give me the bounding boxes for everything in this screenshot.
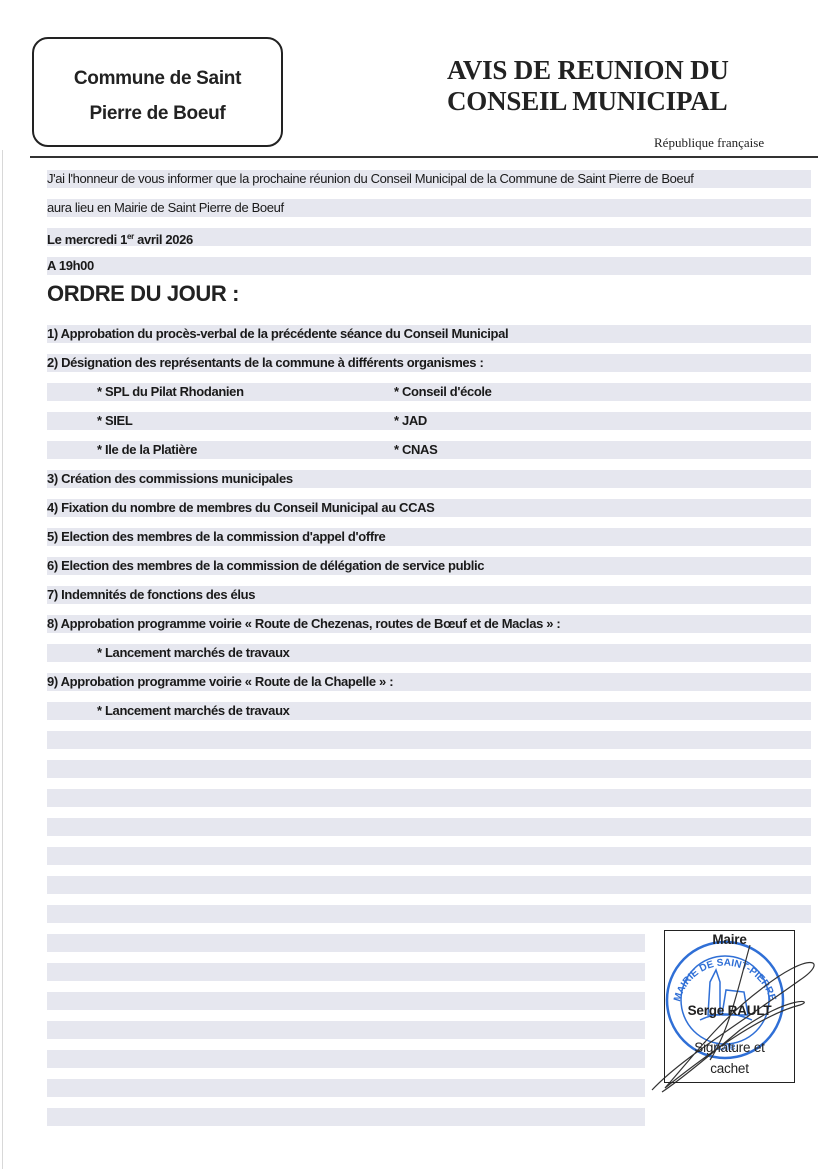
- agenda-item-9-sub: * Lancement marchés de travaux: [97, 702, 290, 720]
- meeting-date: Le mercredi 1er avril 2026: [47, 228, 193, 246]
- agenda-item-2: 2) Désignation des représentants de la c…: [47, 354, 483, 372]
- agenda-item-6: 6) Election des membres de la commission…: [47, 557, 484, 575]
- scan-edge: [2, 150, 3, 1169]
- intro-line-2: aura lieu en Mairie de Saint Pierre de B…: [47, 199, 284, 217]
- agenda-item-7: 7) Indemnités de fonctions des élus: [47, 586, 255, 604]
- agenda-item-5: 5) Election des membres de la commission…: [47, 528, 385, 546]
- signature-label-2: cachet: [664, 1061, 795, 1076]
- signature-role: Maire: [664, 932, 795, 947]
- title-line-2: CONSEIL MUNICIPAL: [447, 86, 729, 117]
- agenda-item-3: 3) Création des commissions municipales: [47, 470, 293, 488]
- stripe: [47, 789, 811, 807]
- agenda-heading: ORDRE DU JOUR :: [47, 281, 239, 307]
- stripe: [47, 1079, 645, 1097]
- org-item: * Ile de la Platière: [97, 441, 197, 459]
- commune-name: Commune de Saint Pierre de Boeuf: [34, 61, 281, 131]
- date-prefix: Le mercredi 1: [47, 232, 127, 247]
- org-item: * Conseil d'école: [394, 383, 492, 401]
- intro-line-1: J'ai l'honneur de vous informer que la p…: [47, 170, 694, 188]
- org-item: * CNAS: [394, 441, 437, 459]
- agenda-item-4: 4) Fixation du nombre de membres du Cons…: [47, 499, 434, 517]
- stripe: [47, 731, 811, 749]
- stripe: [47, 847, 811, 865]
- header-divider: [30, 156, 818, 158]
- title-line-1: AVIS DE REUNION DU: [447, 55, 729, 86]
- agenda-item-8-sub: * Lancement marchés de travaux: [97, 644, 290, 662]
- commune-box: Commune de Saint Pierre de Boeuf: [32, 37, 283, 147]
- org-item: * JAD: [394, 412, 427, 430]
- signature-label-1: Signature et: [664, 1040, 795, 1055]
- stripe: [47, 257, 811, 275]
- republique-label: République française: [654, 135, 764, 151]
- page-title: AVIS DE REUNION DU CONSEIL MUNICIPAL: [447, 55, 729, 117]
- stripe: [47, 934, 645, 952]
- agenda-item-8: 8) Approbation programme voirie « Route …: [47, 615, 560, 633]
- date-suffix: avril 2026: [134, 232, 193, 247]
- stripe: [47, 1050, 645, 1068]
- stripe: [47, 1021, 645, 1039]
- stripe: [47, 760, 811, 778]
- stripe: [47, 818, 811, 836]
- stripe: [47, 876, 811, 894]
- org-item: * SPL du Pilat Rhodanien: [97, 383, 244, 401]
- stripe: [47, 1108, 645, 1126]
- stripe: [47, 963, 645, 981]
- meeting-time: A 19h00: [47, 257, 94, 275]
- signature-name: Serge RAULT: [664, 1003, 795, 1018]
- org-item: * SIEL: [97, 412, 132, 430]
- commune-line-1: Commune de Saint: [34, 61, 281, 96]
- stripe: [47, 412, 811, 430]
- commune-line-2: Pierre de Boeuf: [34, 96, 281, 131]
- agenda-item-9: 9) Approbation programme voirie « Route …: [47, 673, 393, 691]
- agenda-item-1: 1) Approbation du procès-verbal de la pr…: [47, 325, 508, 343]
- date-sup: er: [127, 232, 134, 241]
- stripe: [47, 992, 645, 1010]
